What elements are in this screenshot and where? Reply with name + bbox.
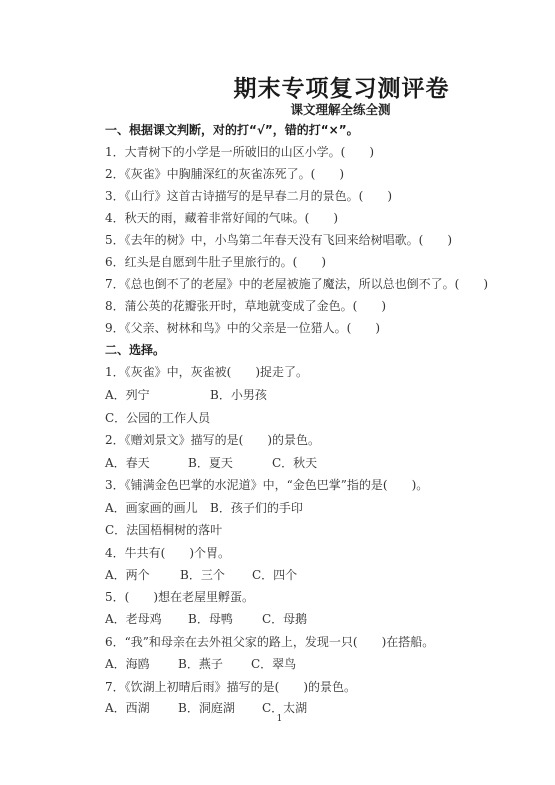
true-false-item: 9．《父亲、树林和鸟》中的父亲是一位猎人。( ) xyxy=(105,320,380,336)
choice-option: B．燕子 xyxy=(178,656,223,672)
choice-option: A．画家画的画儿 xyxy=(105,500,198,516)
section-1-heading: 一、根据课文判断，对的打“√”，错的打“×”。 xyxy=(105,122,359,138)
choice-option: A．两个 xyxy=(105,567,150,583)
choice-option: B．三个 xyxy=(180,567,225,583)
choice-option: C．公园的工作人员 xyxy=(105,410,210,426)
page-title: 期末专项复习测评卷 xyxy=(0,70,555,103)
choice-question-stem: 3．《铺满金色巴掌的水泥道》中，“金色巴掌”指的是( )。 xyxy=(105,477,428,493)
true-false-item: 1．大青树下的小学是一所破旧的山区小学。( ) xyxy=(105,144,374,160)
choice-option: A．海鸥 xyxy=(105,656,150,672)
choice-option: B．小男孩 xyxy=(210,387,267,403)
choice-question-stem: 4．牛共有( )个胃。 xyxy=(105,545,230,561)
choice-option: C．法国梧桐树的落叶 xyxy=(105,522,222,538)
choice-option: C．秋天 xyxy=(272,455,317,471)
choice-question-stem: 1．《灰雀》中，灰雀被( )捉走了。 xyxy=(105,364,308,380)
choice-option: B．母鸭 xyxy=(188,611,233,627)
true-false-item: 5．《去年的树》中，小鸟第二年春天没有飞回来给树唱歌。( ) xyxy=(105,232,452,248)
document-page: 期末专项复习测评卷 课文理解全练全测 一、根据课文判断，对的打“√”，错的打“×… xyxy=(0,0,555,785)
choice-option: B．夏天 xyxy=(188,455,233,471)
page-subtitle: 课文理解全练全测 xyxy=(0,100,555,118)
true-false-item: 8．蒲公英的花瓣张开时，草地就变成了金色。( ) xyxy=(105,298,386,314)
choice-option: B．孩子们的手印 xyxy=(210,500,303,516)
choice-option: A．列宁 xyxy=(105,387,150,403)
true-false-item: 4．秋天的雨，藏着非常好闻的气味。( ) xyxy=(105,210,338,226)
true-false-item: 2．《灰雀》中胸脯深红的灰雀冻死了。( ) xyxy=(105,166,344,182)
page-number: 1 xyxy=(0,714,555,724)
section-2-heading: 二、选择。 xyxy=(105,342,165,358)
choice-option: C．母鹅 xyxy=(262,611,307,627)
choice-option: A．春天 xyxy=(105,455,150,471)
choice-question-stem: 2．《赠刘景文》描写的是( )的景色。 xyxy=(105,432,320,448)
choice-option: C．翠鸟 xyxy=(251,656,296,672)
true-false-item: 7．《总也倒不了的老屋》中的老屋被施了魔法，所以总也倒不了。( ) xyxy=(105,276,488,292)
choice-question-stem: 6．“我”和母亲在去外祖父家的路上，发现一只( )在搭船。 xyxy=(105,634,434,650)
true-false-item: 3．《山行》这首古诗描写的是早春二月的景色。( ) xyxy=(105,188,392,204)
choice-option: C．四个 xyxy=(252,567,297,583)
choice-question-stem: 5．( )想在老屋里孵蛋。 xyxy=(105,589,254,605)
true-false-item: 6．红头是自愿到牛肚子里旅行的。( ) xyxy=(105,254,326,270)
choice-option: A．老母鸡 xyxy=(105,611,162,627)
choice-question-stem: 7．《饮湖上初晴后雨》描写的是( )的景色。 xyxy=(105,679,356,695)
